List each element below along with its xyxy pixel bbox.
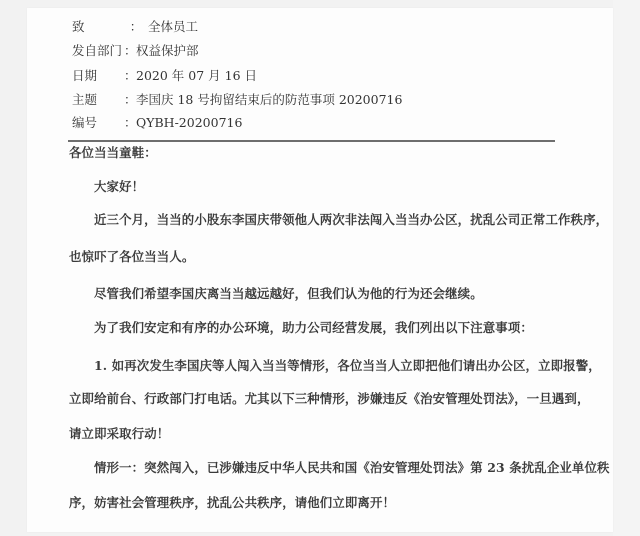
memo-number-label: 编号 [72, 113, 124, 133]
memo-date-row: 日期：2020 年 07 月 16 日 [72, 66, 257, 86]
memo-from-value: 权益保护部 [136, 41, 199, 61]
paragraph-line-5: 1. 如再次发生李国庆等人闯入当当等情形，各位当当人立即把他们请出办公区，立即报… [94, 357, 601, 375]
memo-from-row: 发自部门：权益保护部 [72, 41, 199, 61]
background-strip [613, 0, 640, 536]
memo-to-label: 致 [72, 17, 124, 37]
memo-subject-row: 主题：李国庆 18 号拘留结束后的防范事项 20200716 [72, 90, 402, 110]
paragraph-line-2: 也惊吓了各位当当人。 [69, 248, 194, 266]
memo-subject-value: 李国庆 18 号拘留结束后的防范事项 20200716 [136, 90, 402, 110]
memo-to-colon: ： [124, 17, 148, 37]
memo-date-label: 日期 [72, 66, 124, 86]
paragraph-line-7: 请立即采取行动！ [69, 425, 169, 443]
paragraph-line-3: 尽管我们希望李国庆离当当越远越好，但我们认为他的行为还会继续。 [94, 285, 483, 303]
paragraph-line-6: 立即给前台、行政部门打电话。尤其以下三种情形，涉嫌违反《治安管理处罚法》，一旦遇… [69, 390, 590, 408]
greeting: 大家好！ [94, 178, 144, 196]
paragraph-line-9: 序，妨害社会管理秩序，扰乱公共秩序，请他们立即离开！ [69, 494, 395, 512]
memo-number-colon: ： [124, 113, 136, 133]
header-divider [68, 140, 555, 142]
memo-to-value: 全体员工 [148, 17, 198, 37]
memo-number-row: 编号：QYBH-20200716 [72, 113, 242, 133]
salutation: 各位当当童鞋： [69, 144, 157, 162]
memo-to-row: 致：全体员工 [72, 17, 198, 37]
memo-date-colon: ： [124, 66, 136, 86]
memo-from-colon: ： [124, 41, 136, 61]
memo-subject-colon: ： [124, 90, 136, 110]
memo-date-value: 2020 年 07 月 16 日 [136, 66, 257, 86]
paragraph-line-8: 情形一：突然闯入，已涉嫌违反中华人民共和国《治安管理处罚法》第 23 条扰乱企业… [94, 459, 610, 477]
memo-subject-label: 主题 [72, 90, 124, 110]
memo-from-label: 发自部门 [72, 41, 124, 61]
document-page [27, 8, 613, 532]
paragraph-line-1: 近三个月，当当的小股东李国庆带领他人两次非法闯入当当办公区，扰乱公司正常工作秩序… [94, 211, 608, 229]
memo-number-value: QYBH-20200716 [136, 113, 242, 133]
paragraph-line-4: 为了我们安定和有序的办公环境，助力公司经营发展，我们列出以下注意事项： [94, 319, 533, 337]
